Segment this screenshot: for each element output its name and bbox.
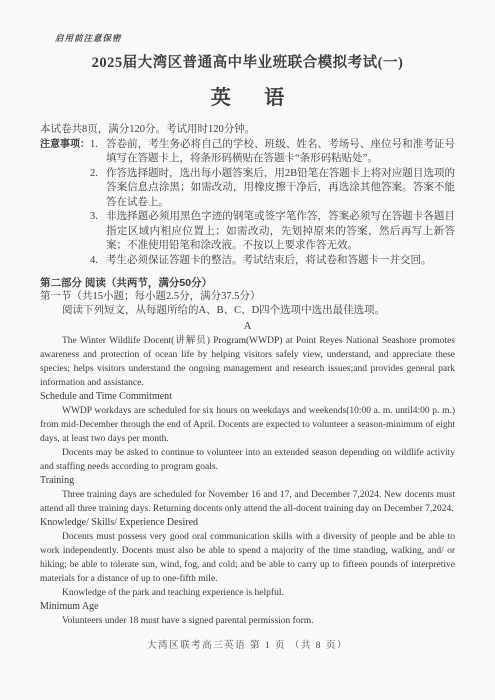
passage-paragraph: Docents may be asked to continue to volu… (40, 446, 455, 474)
passage-paragraph: The Winter Wildlife Docent(讲解员) Program(… (40, 334, 455, 390)
passage-subheading: Schedule and Time Commitment (40, 390, 455, 404)
section1-heading: 第一节（共15小题；每小题2.5分，满分37.5分） (40, 290, 455, 304)
notice-text: 考生必须保证答题卡的整洁。考试结束后，将试卷和答题卡一并交回。 (106, 254, 455, 269)
exam-paper-page: 启用前注意保密 2025届大湾区普通高中毕业班联合模拟考试(一) 英 语 本试卷… (0, 0, 495, 700)
notice-number: 4. (90, 254, 106, 269)
notice-block: 注意事项： 1. 答卷前，考生务必将自己的学校、班级、姓名、考场号、座位号和准考… (40, 138, 455, 269)
paper-info-line: 本试卷共8页，满分120分。考试用时120分钟。 (40, 123, 455, 138)
exam-title: 2025届大湾区普通高中毕业班联合模拟考试(一) (40, 51, 455, 72)
passage-a-label: A (40, 320, 455, 334)
notice-text: 非选择题必须用黑色字迹的钢笔或签字笔作答，答案必须写在答题卡各题目指定区域内相应… (106, 210, 455, 254)
passage-subheading: Knowledge/ Skills/ Experience Desired (40, 516, 455, 530)
notice-number: 1. (90, 138, 106, 153)
passage-subheading: Training (40, 474, 455, 488)
notice-number: 2. (90, 167, 106, 182)
passage-paragraph: WWDP workdays are scheduled for six hour… (40, 404, 455, 446)
notice-label: 注意事项： (40, 138, 90, 153)
passage-paragraph: Three training days are scheduled for No… (40, 488, 455, 516)
notice-item-2: 2. 作答选择题时，选出每小题答案后，用2B铅笔在答题卡上将对应题目选项的答案信… (90, 167, 455, 211)
notice-item-3: 3. 非选择题必须用黑色字迹的钢笔或签字笔作答，答案必须写在答题卡各题目指定区域… (90, 210, 455, 254)
page-footer: 大湾区联考高三英语 第 1 页 （共 8 页） (40, 637, 455, 651)
notice-items: 1. 答卷前，考生务必将自己的学校、班级、姓名、考场号、座位号和准考证号填写在答… (90, 138, 455, 269)
notice-number: 3. (90, 210, 106, 225)
security-note: 启用前注意保密 (55, 32, 455, 44)
part2-heading: 第二部分 阅读（共两节，满分50分） (40, 276, 455, 290)
notice-text: 答卷前，考生务必将自己的学校、班级、姓名、考场号、座位号和准考证号填写在答题卡上… (106, 138, 455, 167)
notice-item-1: 1. 答卷前，考生务必将自己的学校、班级、姓名、考场号、座位号和准考证号填写在答… (90, 138, 455, 167)
passage-subheading: Minimum Age (40, 600, 455, 614)
notice-item-4: 4. 考生必须保证答题卡的整洁。考试结束后，将试卷和答题卡一并交回。 (90, 254, 455, 269)
passage-paragraph: Docents must possess very good oral comm… (40, 530, 455, 586)
reading-passage-a: A The Winter Wildlife Docent(讲解员) Progra… (40, 320, 455, 628)
passage-paragraph: Volunteers under 18 must have a signed p… (40, 614, 455, 628)
subject-title: 英 语 (40, 81, 455, 110)
passage-paragraph: Knowledge of the park and teaching exper… (40, 586, 455, 600)
notice-text: 作答选择题时，选出每小题答案后，用2B铅笔在答题卡上将对应题目选项的答案信息点涂… (106, 167, 455, 211)
section1-instruction: 阅读下列短文，从每题所给的A、B、C、D四个选项中选出最佳选项。 (40, 304, 455, 318)
